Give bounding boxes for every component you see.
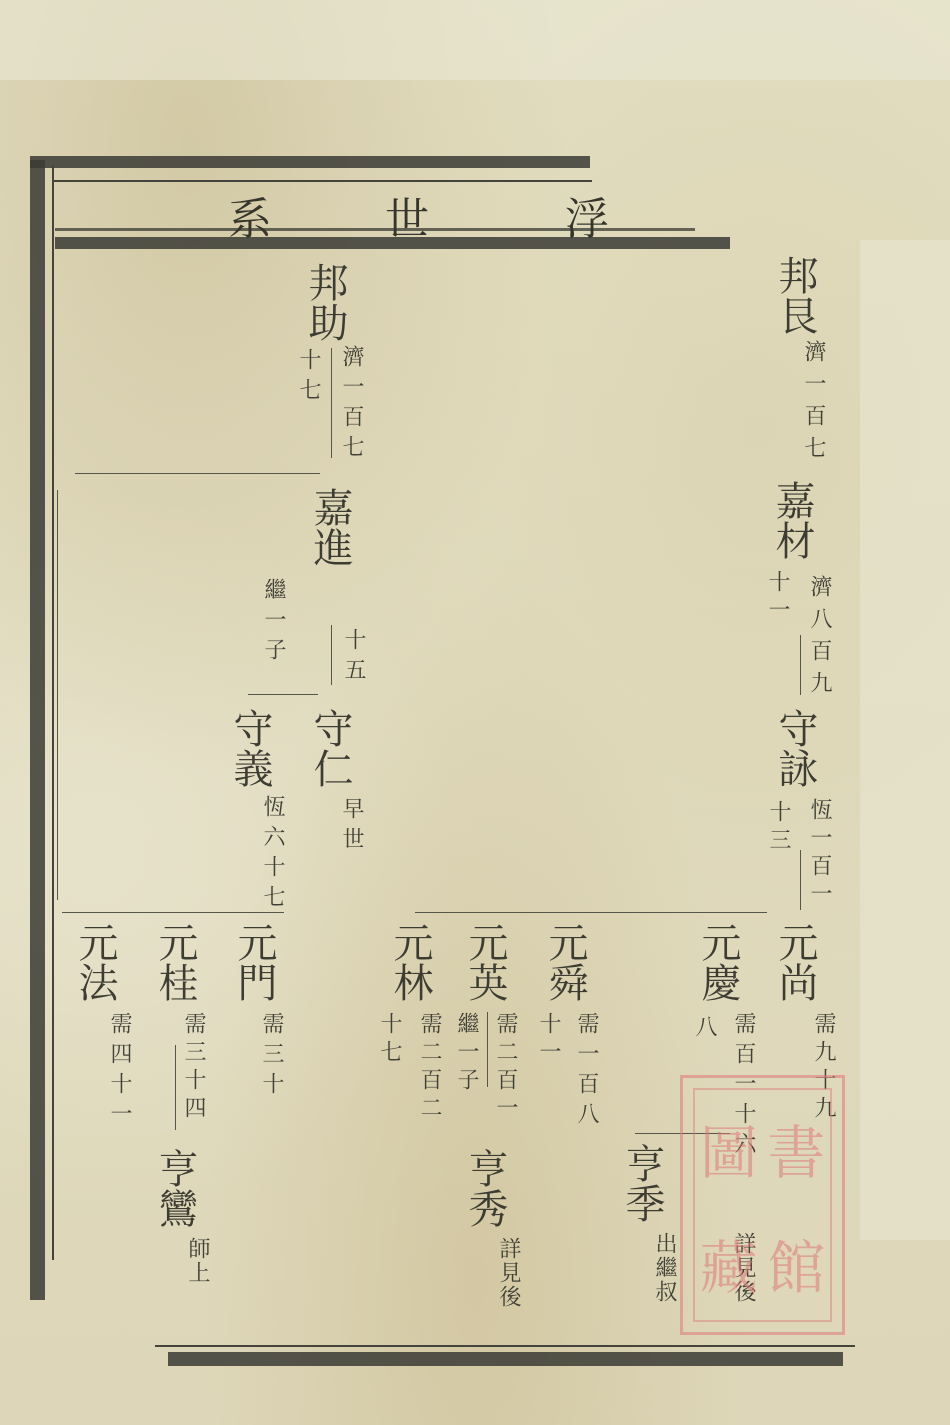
person-note: 恆六十七 — [261, 795, 283, 915]
person-name: 邦助 — [305, 262, 345, 342]
lineage-line — [175, 1045, 176, 1130]
person-note: 十七 — [378, 1012, 400, 1068]
person-note: 需一百八 — [575, 1012, 597, 1132]
person-note: 濟一百七 — [340, 345, 362, 465]
frame-left-inner-line — [52, 165, 54, 1260]
frame-title-top-line — [52, 180, 592, 182]
seal-inner-border: 圖 書 藏 館 — [693, 1088, 832, 1322]
person-note: 早世 — [340, 797, 362, 857]
title-char-3: 系 — [228, 183, 272, 247]
person-name: 元林 — [390, 922, 430, 1002]
lineage-line — [487, 1012, 488, 1087]
lineage-branch-line — [415, 912, 767, 913]
lineage-line — [800, 635, 801, 695]
seal-char: 藏 — [695, 1205, 763, 1320]
lineage-branch-line — [62, 912, 284, 913]
person-note: 十三 — [767, 800, 789, 856]
lineage-line — [331, 625, 332, 685]
person-name: 亨季 — [622, 1143, 662, 1223]
frame-left-border — [30, 160, 45, 1300]
person-name: 元門 — [234, 922, 274, 1002]
person-name: 守仁 — [310, 708, 350, 788]
person-name: 邦艮 — [775, 255, 815, 335]
person-note: 十一 — [766, 570, 788, 626]
frame-top-border — [30, 156, 590, 168]
person-note: 濟一百七 — [802, 340, 824, 468]
person-note: 詳見後 — [497, 1237, 519, 1309]
torn-margin-top — [0, 0, 950, 80]
person-note: 繼一子 — [455, 1012, 477, 1096]
person-name: 守詠 — [775, 708, 815, 788]
person-name: 元英 — [465, 922, 505, 1002]
title-char-2: 世 — [385, 183, 429, 247]
person-note: 十七 — [297, 348, 319, 408]
person-note: 需二百二 — [418, 1012, 440, 1124]
person-note: 需三十四 — [182, 1012, 204, 1124]
person-name: 守義 — [230, 708, 270, 788]
person-note: 濟八百九 — [808, 575, 830, 703]
person-note: 師上 — [186, 1237, 208, 1285]
person-note: 繼一子 — [262, 578, 284, 668]
frame-column-line — [57, 490, 58, 900]
person-note: 需三十 — [260, 1012, 282, 1102]
person-note: 需四十一 — [108, 1012, 130, 1132]
person-name: 嘉進 — [310, 487, 350, 567]
person-name: 嘉材 — [772, 480, 812, 560]
person-name: 亨秀 — [465, 1148, 505, 1228]
document-page: 浮 世 系 邦艮 濟一百七 邦助 十七 濟一百七 嘉材 十一 濟八百九 嘉進 繼… — [0, 0, 950, 1425]
person-name: 元慶 — [698, 922, 738, 1002]
person-note: 出繼叔 — [653, 1232, 675, 1304]
library-seal-stamp: 圖 書 藏 館 — [680, 1075, 845, 1335]
person-name: 亨鸞 — [155, 1148, 195, 1228]
person-name: 元法 — [75, 922, 115, 1002]
person-note: 恆一百一 — [808, 798, 830, 910]
seal-char: 書 — [763, 1090, 831, 1205]
person-note: 十一 — [537, 1012, 559, 1068]
title-char-1: 浮 — [565, 183, 609, 247]
frame-bottom-line — [155, 1345, 855, 1347]
frame-bottom-border — [168, 1352, 843, 1366]
lineage-line — [331, 348, 332, 458]
seal-char: 館 — [763, 1205, 831, 1320]
person-note: 需二百一 — [494, 1012, 516, 1124]
person-name: 元舜 — [545, 922, 585, 1002]
person-note: 十五 — [342, 628, 364, 688]
person-note: 八 — [693, 1015, 715, 1037]
seal-char: 圖 — [695, 1090, 763, 1205]
lineage-branch-line — [75, 473, 320, 474]
lineage-branch-line — [248, 694, 318, 695]
torn-margin-right — [860, 240, 950, 1240]
person-name: 元尚 — [775, 922, 815, 1002]
lineage-line — [800, 850, 801, 910]
person-name: 元桂 — [155, 922, 195, 1002]
